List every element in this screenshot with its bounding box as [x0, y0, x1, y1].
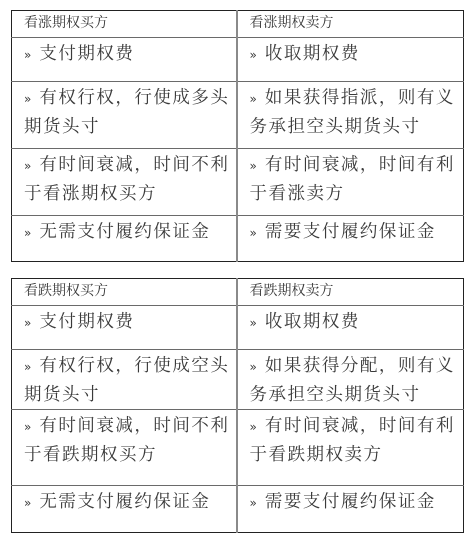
bullet-icon: » [250, 92, 257, 106]
cell-call-buyer-time-decay: »有时间衰减，时间不利于看涨期权买方 [12, 149, 237, 216]
bullet-icon: » [24, 159, 31, 173]
table-header-row: 看涨期权买方 看涨期权卖方 [12, 11, 464, 38]
table-row: »有权行权，行使成空头期货头寸 »如果获得分配，则有义务承担空头期货头寸 [12, 350, 464, 410]
header-put-buyer: 看跌期权买方 [12, 279, 237, 306]
bullet-icon: » [250, 48, 257, 62]
cell-put-seller-time-decay: »有时间衰减，时间有利于看跌期权卖方 [237, 410, 464, 486]
bullet-icon: » [24, 316, 31, 330]
cell-put-seller-assignment: »如果获得分配，则有义务承担空头期货头寸 [237, 350, 464, 410]
bullet-icon: » [24, 360, 31, 374]
cell-call-seller-margin: »需要支付履约保证金 [237, 216, 464, 262]
put-options-table: 看跌期权买方 看跌期权卖方 »支付期权费 »收取期权费 »有权行权，行使成空头期… [11, 278, 464, 533]
table-row: »无需支付履约保证金 »需要支付履约保证金 [12, 486, 464, 533]
table-row: »有时间衰减，时间不利于看跌期权买方 »有时间衰减，时间有利于看跌期权卖方 [12, 410, 464, 486]
bullet-icon: » [24, 496, 31, 510]
bullet-icon: » [250, 496, 257, 510]
bullet-icon: » [250, 226, 257, 240]
bullet-icon: » [250, 159, 257, 173]
table-row: »无需支付履约保证金 »需要支付履约保证金 [12, 216, 464, 262]
cell-put-buyer-time-decay: »有时间衰减，时间不利于看跌期权买方 [12, 410, 237, 486]
cell-put-buyer-exercise: »有权行权，行使成空头期货头寸 [12, 350, 237, 410]
cell-put-seller-premium: »收取期权费 [237, 306, 464, 350]
table-row: »有权行权，行使成多头期货头寸 »如果获得指派，则有义务承担空头期货头寸 [12, 82, 464, 149]
bullet-icon: » [24, 420, 31, 434]
table-row: »支付期权费 »收取期权费 [12, 306, 464, 350]
cell-put-buyer-margin: »无需支付履约保证金 [12, 486, 237, 533]
bullet-icon: » [250, 316, 257, 330]
bullet-icon: » [24, 226, 31, 240]
table-header-row: 看跌期权买方 看跌期权卖方 [12, 279, 464, 306]
call-options-table: 看涨期权买方 看涨期权卖方 »支付期权费 »收取期权费 »有权行权，行使成多头期… [11, 10, 464, 262]
cell-put-seller-margin: »需要支付履约保证金 [237, 486, 464, 533]
bullet-icon: » [24, 92, 31, 106]
header-call-seller: 看涨期权卖方 [237, 11, 464, 38]
table-row: »支付期权费 »收取期权费 [12, 38, 464, 82]
bullet-icon: » [250, 360, 257, 374]
cell-put-buyer-premium: »支付期权费 [12, 306, 237, 350]
cell-call-seller-assignment: »如果获得指派，则有义务承担空头期货头寸 [237, 82, 464, 149]
bullet-icon: » [24, 48, 31, 62]
header-put-seller: 看跌期权卖方 [237, 279, 464, 306]
cell-call-buyer-margin: »无需支付履约保证金 [12, 216, 237, 262]
cell-call-buyer-premium: »支付期权费 [12, 38, 237, 82]
cell-call-buyer-exercise: »有权行权，行使成多头期货头寸 [12, 82, 237, 149]
header-call-buyer: 看涨期权买方 [12, 11, 237, 38]
cell-call-seller-time-decay: »有时间衰减，时间有利于看涨卖方 [237, 149, 464, 216]
bullet-icon: » [250, 420, 257, 434]
cell-call-seller-premium: »收取期权费 [237, 38, 464, 82]
table-row: »有时间衰减，时间不利于看涨期权买方 »有时间衰减，时间有利于看涨卖方 [12, 149, 464, 216]
